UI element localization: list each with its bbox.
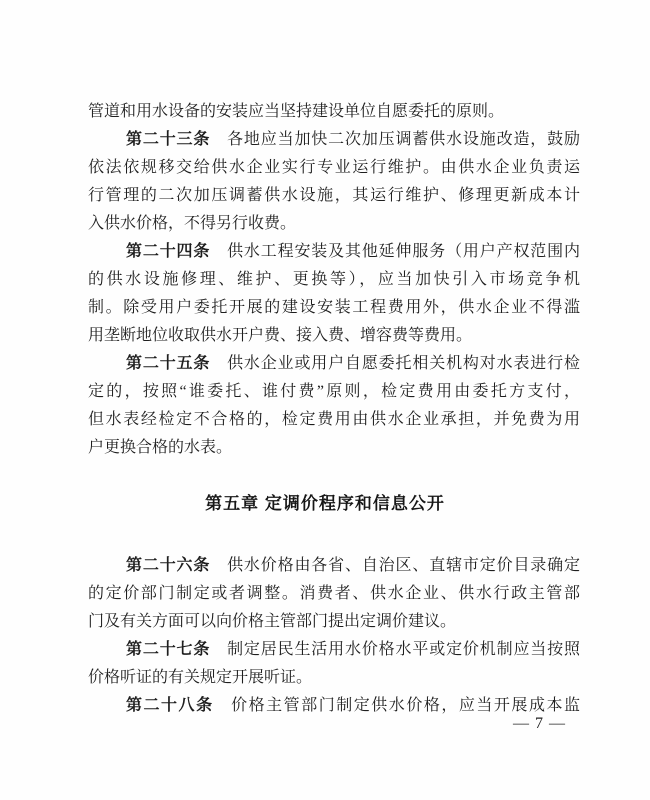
body-line: 第二十六条 供水价格由各省、自治区、直辖市定价目录确定 <box>88 552 580 580</box>
document-page: 管道和用水设备的安装应当坚持建设单位自愿委托的原则。 第二十三条 各地应当加快二… <box>0 0 650 800</box>
article-number: 第二十六条 <box>126 557 210 574</box>
body-line: 门及有关方面可以向价格主管部门提出定调价建议。 <box>88 608 580 636</box>
line-text: 依法依规移交给供水企业实行专业运行维护。由供水企业负责运 <box>88 159 580 176</box>
article-number: 第二十三条 <box>126 131 210 148</box>
article-number: 第二十七条 <box>126 641 210 658</box>
line-text: 的定价部门制定或者调整。消费者、供水企业、供水行政主管部 <box>88 585 580 602</box>
line-text: 供水企业或用户自愿委托相关机构对水表进行检 <box>210 355 580 372</box>
line-text: 供水工程安装及其他延伸服务（用户产权范围内 <box>210 243 580 260</box>
chapter-heading: 第五章 定调价程序和信息公开 <box>79 490 571 518</box>
line-text: 用垄断地位收取供水开户费、接入费、增容费等费用。 <box>88 327 472 344</box>
body-line: 价格听证的有关规定开展听证。 <box>88 664 580 692</box>
body-line: 第二十四条 供水工程安装及其他延伸服务（用户产权范围内 <box>88 238 580 266</box>
line-text: 户更换合格的水表。 <box>88 439 232 456</box>
document-body-lower: 第二十六条 供水价格由各省、自治区、直辖市定价目录确定 的定价部门制定或者调整。… <box>88 552 580 720</box>
body-line: 第二十八条 价格主管部门制定供水价格，应当开展成本监 <box>88 692 580 720</box>
body-line: 管道和用水设备的安装应当坚持建设单位自愿委托的原则。 <box>88 98 580 126</box>
line-text: 定的，按照“谁委托、谁付费”原则，检定费用由委托方支付， <box>88 383 580 400</box>
document-body-upper: 管道和用水设备的安装应当坚持建设单位自愿委托的原则。 第二十三条 各地应当加快二… <box>88 98 580 462</box>
article-number: 第二十四条 <box>126 243 210 260</box>
line-text: 制。除受用户委托开展的建设安装工程费用外，供水企业不得滥 <box>88 299 580 316</box>
body-line: 的定价部门制定或者调整。消费者、供水企业、供水行政主管部 <box>88 580 580 608</box>
article-number: 第二十五条 <box>126 355 210 372</box>
line-text: 入供水价格，不得另行收费。 <box>88 215 296 232</box>
line-text: 制定居民生活用水价格水平或定价机制应当按照 <box>210 641 580 658</box>
body-line: 第二十七条 制定居民生活用水价格水平或定价机制应当按照 <box>88 636 580 664</box>
line-text: 各地应当加快二次加压调蓄供水设施改造，鼓励 <box>210 131 580 148</box>
body-line: 制。除受用户委托开展的建设安装工程费用外，供水企业不得滥 <box>88 294 580 322</box>
body-line: 第二十五条 供水企业或用户自愿委托相关机构对水表进行检 <box>88 350 580 378</box>
body-line: 依法依规移交给供水企业实行专业运行维护。由供水企业负责运 <box>88 154 580 182</box>
article-number: 第二十八条 <box>126 697 214 714</box>
line-text: 门及有关方面可以向价格主管部门提出定调价建议。 <box>88 613 456 630</box>
body-line: 第二十三条 各地应当加快二次加压调蓄供水设施改造，鼓励 <box>88 126 580 154</box>
line-text: 价格主管部门制定供水价格，应当开展成本监 <box>214 697 580 714</box>
line-text: 但水表经检定不合格的，检定费用由供水企业承担，并免费为用 <box>88 411 580 428</box>
body-line: 行管理的二次加压调蓄供水设施，其运行维护、修理更新成本计 <box>88 182 580 210</box>
line-text: 行管理的二次加压调蓄供水设施，其运行维护、修理更新成本计 <box>88 187 580 204</box>
body-line: 户更换合格的水表。 <box>88 434 580 462</box>
line-text: 的供水设施修理、维护、更换等），应当加快引入市场竞争机 <box>88 271 580 288</box>
body-line: 但水表经检定不合格的，检定费用由供水企业承担，并免费为用 <box>88 406 580 434</box>
body-line: 用垄断地位收取供水开户费、接入费、增容费等费用。 <box>88 322 580 350</box>
body-line: 定的，按照“谁委托、谁付费”原则，检定费用由委托方支付， <box>88 378 580 406</box>
line-text: 管道和用水设备的安装应当坚持建设单位自愿委托的原则。 <box>88 103 504 120</box>
body-line: 的供水设施修理、维护、更换等），应当加快引入市场竞争机 <box>88 266 580 294</box>
line-text: 价格听证的有关规定开展听证。 <box>88 669 312 686</box>
body-line: 入供水价格，不得另行收费。 <box>88 210 580 238</box>
line-text: 供水价格由各省、自治区、直辖市定价目录确定 <box>210 557 580 574</box>
